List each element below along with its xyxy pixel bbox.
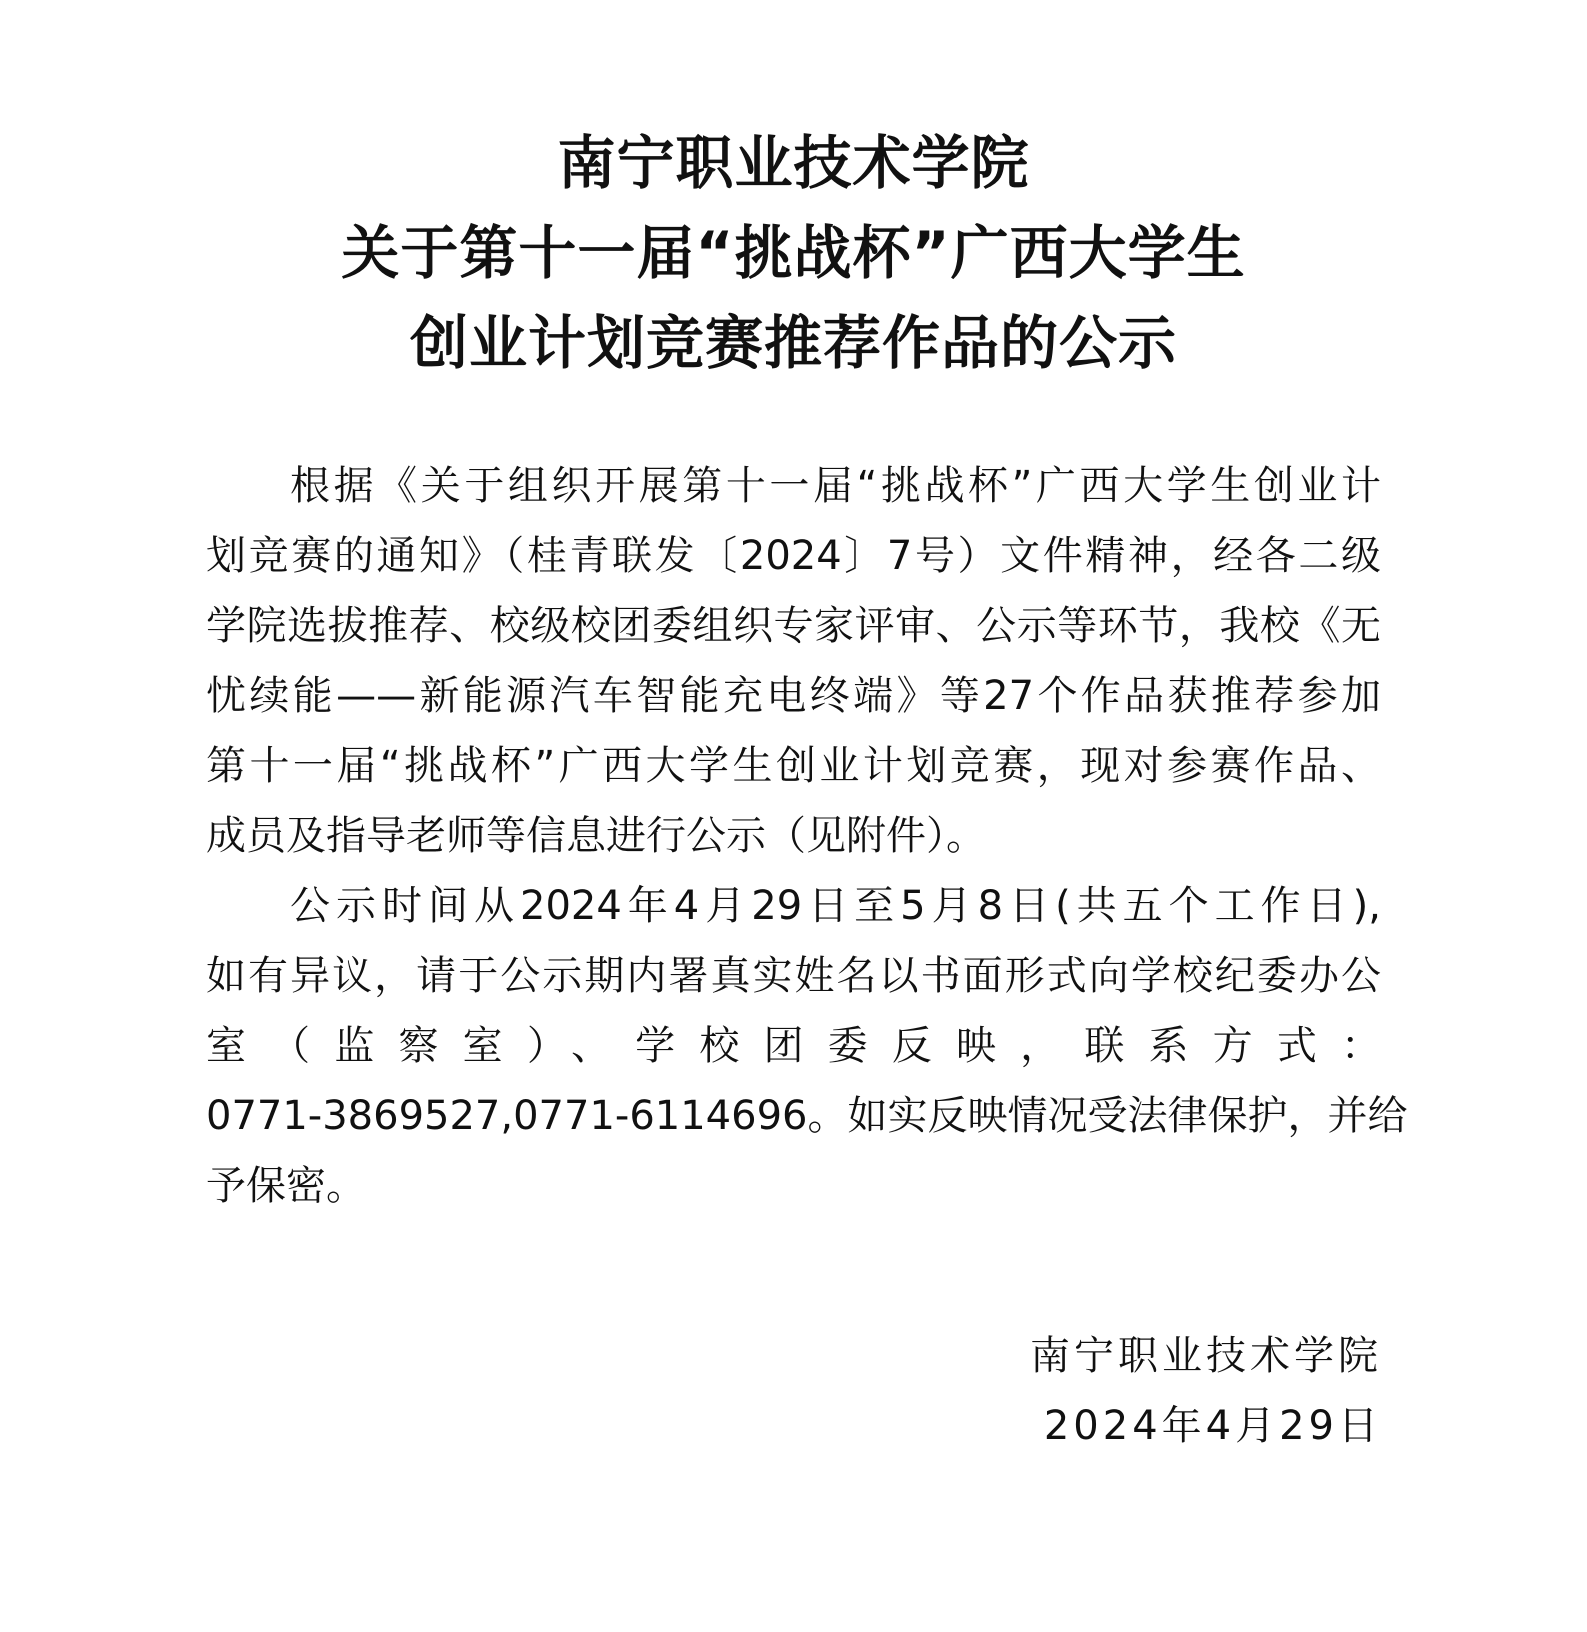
paragraph-line: 成员及指导老师等信息进行公示（见附件）。: [206, 808, 1381, 864]
paragraph-line: 学院选拔推荐、校级校团委组织专家评审、公示等环节，我校《无: [206, 598, 1381, 654]
title-line-3: 创业计划竞赛推荐作品的公示: [0, 308, 1587, 378]
paragraph-line: 室（监察室）、学校团委反映，联系方式：: [206, 1018, 1381, 1074]
paragraph-line: 忧续能——新能源汽车智能充电终端》等27个作品获推荐参加: [206, 668, 1381, 724]
signature-organization: 南宁职业技术学院: [1030, 1328, 1382, 1384]
paragraph-line: 如有异议，请于公示期内署真实姓名以书面形式向学校纪委办公: [206, 948, 1381, 1004]
paragraph-line: 予保密。: [206, 1158, 1381, 1214]
notice-page: 南宁职业技术学院 关于第十一届“挑战杯”广西大学生 创业计划竞赛推荐作品的公示 …: [0, 0, 1587, 1632]
paragraph-line: 公示时间从2024年4月29日至5月8日(共五个工作日),: [206, 878, 1381, 934]
title-line-1: 南宁职业技术学院: [0, 128, 1587, 198]
contact-phones-line: 0771-3869527,0771-6114696。如实反映情况受法律保护，并给: [206, 1088, 1381, 1144]
paragraph-line: 划竞赛的通知》（桂青联发〔2024〕7号）文件精神，经各二级: [206, 528, 1381, 584]
paragraph-line: 第十一届“挑战杯”广西大学生创业计划竞赛，现对参赛作品、: [206, 738, 1381, 794]
paragraph-line: 根据《关于组织开展第十一届“挑战杯”广西大学生创业计: [206, 458, 1381, 514]
title-line-2: 关于第十一届“挑战杯”广西大学生: [0, 218, 1587, 288]
signature-date: 2024年4月29日: [1044, 1398, 1382, 1454]
